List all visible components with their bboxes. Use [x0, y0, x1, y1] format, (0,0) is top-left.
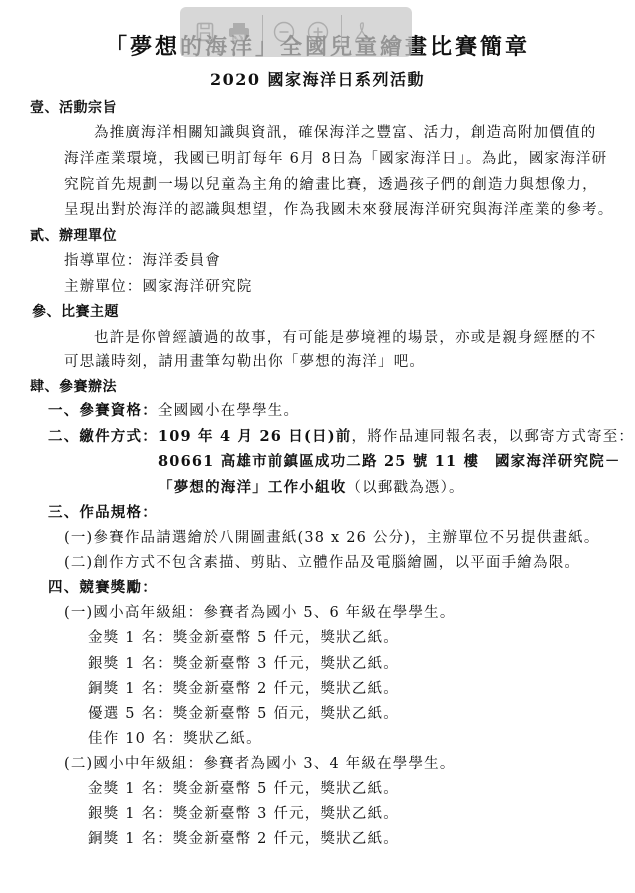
- submission-label: 二、繳件方式：: [48, 428, 158, 445]
- section-heading-theme: 參、比賽主題: [32, 303, 119, 321]
- award-line: 優選 5 名：獎金新臺幣 5 佰元，獎狀乙紙。: [88, 705, 399, 723]
- document-subtitle: 2020 國家海洋日系列活動: [0, 70, 635, 90]
- submission-line: 二、繳件方式：109 年 4 月 26 日(日)前，將作品連同報名表，以郵寄方式…: [48, 428, 634, 446]
- awards-label: 四、競賽獎勵：: [48, 579, 158, 597]
- award-group-title: (一)國小高年級組：參賽者為國小 5、6 年級在學學生。: [64, 604, 456, 622]
- paragraph-line: 究院首先規劃一場以兒童為主角的繪畫比賽，透過孩子們的創造力與想像力，: [64, 176, 598, 194]
- spec-line: (一)參賽作品請選繪於八開圖畫紙(38 x 26 公分)，主辦單位不另提供畫紙。: [64, 529, 600, 547]
- toolbar-divider: [341, 15, 342, 49]
- zoom-out-icon[interactable]: [273, 21, 295, 43]
- paragraph-line: 也許是你曾經讀過的故事，有可能是夢境裡的場景，亦或是親身經歷的不: [94, 329, 596, 347]
- award-line: 銀獎 1 名：獎金新臺幣 3 仟元，獎狀乙紙。: [88, 805, 399, 823]
- mailing-address: 80661 高雄市前鎮區成功二路 25 號 11 樓 國家海洋研究院－: [158, 453, 621, 471]
- eligibility-line: 一、參賽資格：全國國小在學學生。: [48, 402, 299, 420]
- save-icon[interactable]: [194, 21, 216, 43]
- paragraph-line: 海洋產業環境，我國已明訂每年 6月 8日為「國家海洋日」。為此，國家海洋研: [64, 150, 607, 168]
- paragraph-line: 可思議時刻，請用畫筆勾勒出你「夢想的海洋」吧。: [64, 353, 425, 371]
- organizer-line: 指導單位：海洋委員會: [64, 252, 221, 270]
- award-group-title: (二)國小中年級組：參賽者為國小 3、4 年級在學學生。: [64, 755, 456, 773]
- postmark-note: （以郵戳為憑）。: [346, 480, 464, 496]
- award-line: 銅獎 1 名：獎金新臺幣 2 仟元，獎狀乙紙。: [88, 680, 399, 698]
- award-line: 金獎 1 名：獎金新臺幣 5 仟元，獎狀乙紙。: [88, 780, 399, 798]
- mailing-recipient: 「夢想的海洋」工作小組收: [158, 479, 346, 496]
- award-line: 銀獎 1 名：獎金新臺幣 3 仟元，獎狀乙紙。: [88, 655, 399, 673]
- section-heading-organizers: 貳、辦理單位: [30, 227, 117, 245]
- award-line: 銅獎 1 名：獎金新臺幣 2 仟元，獎狀乙紙。: [88, 830, 399, 848]
- section-heading-purpose: 壹、活動宗旨: [30, 99, 117, 117]
- acrobat-icon[interactable]: [352, 21, 374, 43]
- paragraph-line: 為推廣海洋相關知識與資訊，確保海洋之豐富、活力，創造高附加價值的: [94, 124, 596, 142]
- specs-label: 三、作品規格：: [48, 504, 158, 522]
- organizer-line: 主辦單位：國家海洋研究院: [64, 278, 252, 296]
- print-icon[interactable]: [228, 21, 250, 43]
- eligibility-label: 一、參賽資格：: [48, 402, 158, 419]
- award-line: 佳作 10 名：獎狀乙紙。: [88, 730, 262, 748]
- paragraph-line: 呈現出對於海洋的認識與想望，作為我國未來發展海洋研究與海洋產業的參考。: [64, 201, 614, 219]
- eligibility-text: 全國國小在學學生。: [158, 403, 299, 419]
- section-heading-rules: 肆、參賽辦法: [30, 378, 117, 396]
- submission-deadline: 109 年 4 月 26 日(日)前: [158, 428, 352, 445]
- spec-line: (二)創作方式不包含素描、剪貼、立體作品及電腦繪圖，以平面手繪為限。: [64, 554, 580, 572]
- document-page: 「夢想的海洋」全國兒童繪畫比賽簡章 2020 國家海洋日系列活動 壹、活動宗旨 …: [0, 0, 635, 893]
- toolbar-divider: [262, 15, 263, 49]
- submission-text: ，將作品連同報名表，以郵寄方式寄至：: [352, 429, 635, 445]
- pdf-toolbar: [180, 7, 412, 57]
- zoom-in-icon[interactable]: [307, 21, 329, 43]
- mailing-recipient-line: 「夢想的海洋」工作小組收（以郵戳為憑）。: [158, 479, 465, 497]
- award-line: 金獎 1 名：獎金新臺幣 5 仟元，獎狀乙紙。: [88, 629, 399, 647]
